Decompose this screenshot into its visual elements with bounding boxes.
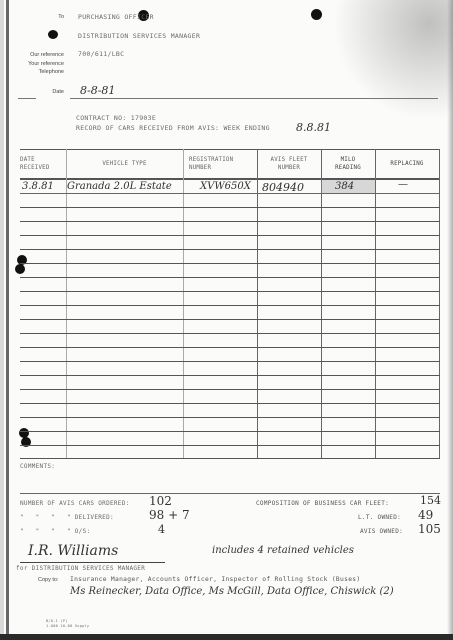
form-code: B/D-1 (P) (46, 619, 68, 623)
scanned-document: To PURCHASING OFFICER DISTRIBUTION SERVI… (0, 0, 453, 640)
signature-title: for DISTRIBUTION SERVICES MANAGER (16, 565, 145, 572)
row-line (20, 361, 440, 362)
cell-date-received: 3.8.81 (22, 181, 54, 192)
cell-fleet-number: 804940 (262, 181, 304, 194)
record-title: RECORD OF CARS RECEIVED FROM AVIS: WEEK … (76, 124, 270, 132)
copy-to-handwritten: Ms Reinecker, Data Office, Ms McGill, Da… (70, 586, 394, 597)
table-top-border (20, 149, 440, 150)
row-line (20, 193, 440, 194)
col-divider (257, 149, 258, 459)
divider (18, 98, 36, 99)
from-value: DISTRIBUTION SERVICES MANAGER (78, 32, 200, 40)
cell-registration: XVW650X (200, 181, 251, 192)
ordered-label: NUMBER OF AVIS CARS ORDERED: (20, 500, 130, 507)
to-value: PURCHASING OFFICER (78, 13, 154, 21)
cell-replacing: — (398, 179, 408, 190)
scan-edge-left (0, 0, 4, 640)
row-line (20, 277, 440, 278)
handwritten-note: includes 4 retained vehicles (212, 545, 354, 556)
row-line (20, 445, 440, 446)
avis-owned-value: 105 (418, 522, 441, 536)
punch-hole (48, 30, 58, 39)
row-line (20, 403, 440, 404)
col-header-avis-fleet-number: AVIS FLEET NUMBER (257, 156, 321, 172)
col-header-registration-number: REGISTRATION NUMBER (183, 156, 257, 172)
os-value: 4 (158, 523, 165, 536)
contract-number: CONTRACT NO: 17903E (76, 114, 156, 122)
punch-hole (311, 9, 322, 20)
divider (70, 98, 438, 99)
lt-owned-value: 49 (418, 508, 433, 522)
telephone-label: Telephone (4, 69, 64, 75)
composition-value: 154 (420, 494, 441, 507)
row-line (20, 263, 440, 264)
os-label: " " " " O/S: (20, 528, 90, 535)
scan-edge-bottom (0, 634, 453, 640)
week-ending-value: 8.8.81 (296, 121, 331, 134)
print-line: 1.000 10-80 Supply (46, 624, 89, 628)
row-line (20, 333, 440, 334)
your-reference-label: Your reference (4, 61, 64, 67)
row-line (20, 375, 440, 376)
copy-to-typed: Insurance Manager, Accounts Officer, Ins… (70, 576, 360, 583)
cell-vehicle-type: Granada 2.0L Estate (67, 181, 172, 192)
row-line (20, 431, 440, 432)
row-line (20, 235, 440, 236)
our-reference-label: Our reference (4, 52, 64, 58)
col-header-vehicle-type: VEHICLE TYPE (66, 160, 183, 168)
col-divider (439, 149, 440, 459)
signature: I.R. Williams (28, 543, 118, 559)
scan-edge-left-dark (6, 0, 9, 640)
row-line (20, 389, 440, 390)
lt-owned-label: L.T. OWNED: (358, 514, 401, 521)
col-header-date-received: DATE RECEIVED (20, 156, 66, 172)
row-line (20, 305, 440, 306)
divider (20, 493, 440, 494)
signature-line (20, 562, 165, 563)
delivered-value: 98 + 7 (149, 508, 190, 522)
col-divider (183, 149, 184, 459)
punch-hole (15, 264, 25, 274)
row-line (20, 207, 440, 208)
col-divider (375, 149, 376, 459)
avis-owned-label: AVIS OWNED: (360, 528, 403, 535)
comments-label: COMMENTS: (20, 463, 55, 470)
row-line (20, 319, 440, 320)
composition-label: COMPOSITION OF BUSINESS CAR FLEET: (256, 500, 389, 507)
to-label: To (4, 14, 64, 20)
delivered-label: " " " " DELIVERED: (20, 514, 114, 521)
date-label: Date (4, 89, 64, 95)
col-header-replacing: REPLACING (375, 160, 439, 168)
ordered-value: 102 (149, 494, 172, 508)
row-line (20, 458, 440, 459)
copy-to-label: Copy to: (38, 577, 58, 583)
date-value: 8-8-81 (80, 84, 115, 97)
cell-mileage: 384 (335, 181, 354, 192)
row-line (20, 291, 440, 292)
row-line (20, 221, 440, 222)
scan-smudge (333, 0, 453, 120)
col-header-milo-reading: MILO READING (321, 156, 375, 172)
row-line (20, 347, 440, 348)
col-divider (321, 149, 322, 459)
our-reference-value: 700/611/LBC (78, 50, 124, 58)
col-divider (66, 149, 67, 459)
row-line (20, 249, 440, 250)
table-header-border (20, 178, 440, 180)
scan-edge-right (447, 0, 453, 640)
row-line (20, 417, 440, 418)
